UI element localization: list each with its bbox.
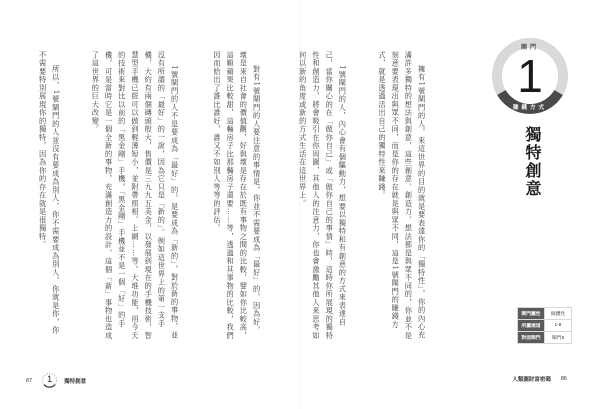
- info-row: 閘門屬性 個體性: [518, 308, 572, 320]
- footer-badge-number: 1: [41, 374, 58, 384]
- left-paragraph-3: 而1號閘門的人真正困難就是：如何不被世俗同化？因為獨特也常代表標新立異，標新立異…: [0, 51, 3, 341]
- left-running-title: 獨特創意: [64, 377, 86, 385]
- right-page-footer: 人類圖財富密碼 86: [512, 375, 567, 383]
- right-paragraph-3: 對有1號閘門的人要注意的事情是，你並不需要成為「最好」的，因為好，壞是來自社會的…: [211, 51, 264, 341]
- info-row: 所屬通道 1-8: [518, 320, 572, 332]
- gate-badge: 閘門 1 賺錢方式: [491, 37, 569, 115]
- info-row: 對面閘門 閘門8: [518, 332, 572, 344]
- left-paragraph-2: 所以，1號閘門的人並沒有要成為別人，你不需要成為別人，你就是你，你不需要特別展現…: [36, 51, 62, 341]
- right-paragraph-1: 擁有1號閘門的人，來這世界的目的就是要表達你的「獨特性」，你的內心充滿許多獨特的…: [376, 51, 429, 341]
- right-paragraph-2: 1號閘門的人，內心會有個驅動力，想要以獨特和有創意的方式來表達自己，當你關心的在…: [297, 51, 350, 341]
- info-key: 對面閘門: [518, 332, 545, 344]
- right-page-body: 擁有1號閘門的人，來這世界的目的就是要表達你的「獨特性」，你的內心充滿許多獨特的…: [178, 51, 455, 341]
- info-key: 閘門屬性: [518, 308, 545, 320]
- badge-bottom-label: 賺錢方式: [491, 103, 569, 111]
- footer-chapter-badge-icon: 1: [41, 372, 58, 389]
- left-paragraph-1: 1號閘門的人不是要成為「最好」的，是要成為「新的」，對於新的事物，並沒有所謂的「…: [89, 51, 181, 341]
- info-key: 所屬通道: [518, 320, 545, 332]
- info-value: 1-8: [545, 320, 572, 332]
- gate-info-table: 閘門屬性 個體性 所屬通道 1-8 對面閘門 閘門8: [517, 307, 572, 344]
- book-spread: 1號閘門的人不是要成為「最好」的，是要成為「新的」，對於新的事物，並沒有所謂的「…: [0, 0, 600, 409]
- right-running-title: 人類圖財富密碼: [512, 375, 551, 383]
- right-page-number: 86: [561, 376, 567, 382]
- badge-number: 1: [491, 51, 569, 101]
- left-page-number: 87: [26, 378, 32, 384]
- left-page-footer: 87 1 獨特創意: [26, 372, 86, 389]
- info-value: 個體性: [545, 308, 572, 320]
- info-value: 閘門8: [545, 332, 572, 344]
- chapter-title: 獨特創意: [521, 126, 544, 198]
